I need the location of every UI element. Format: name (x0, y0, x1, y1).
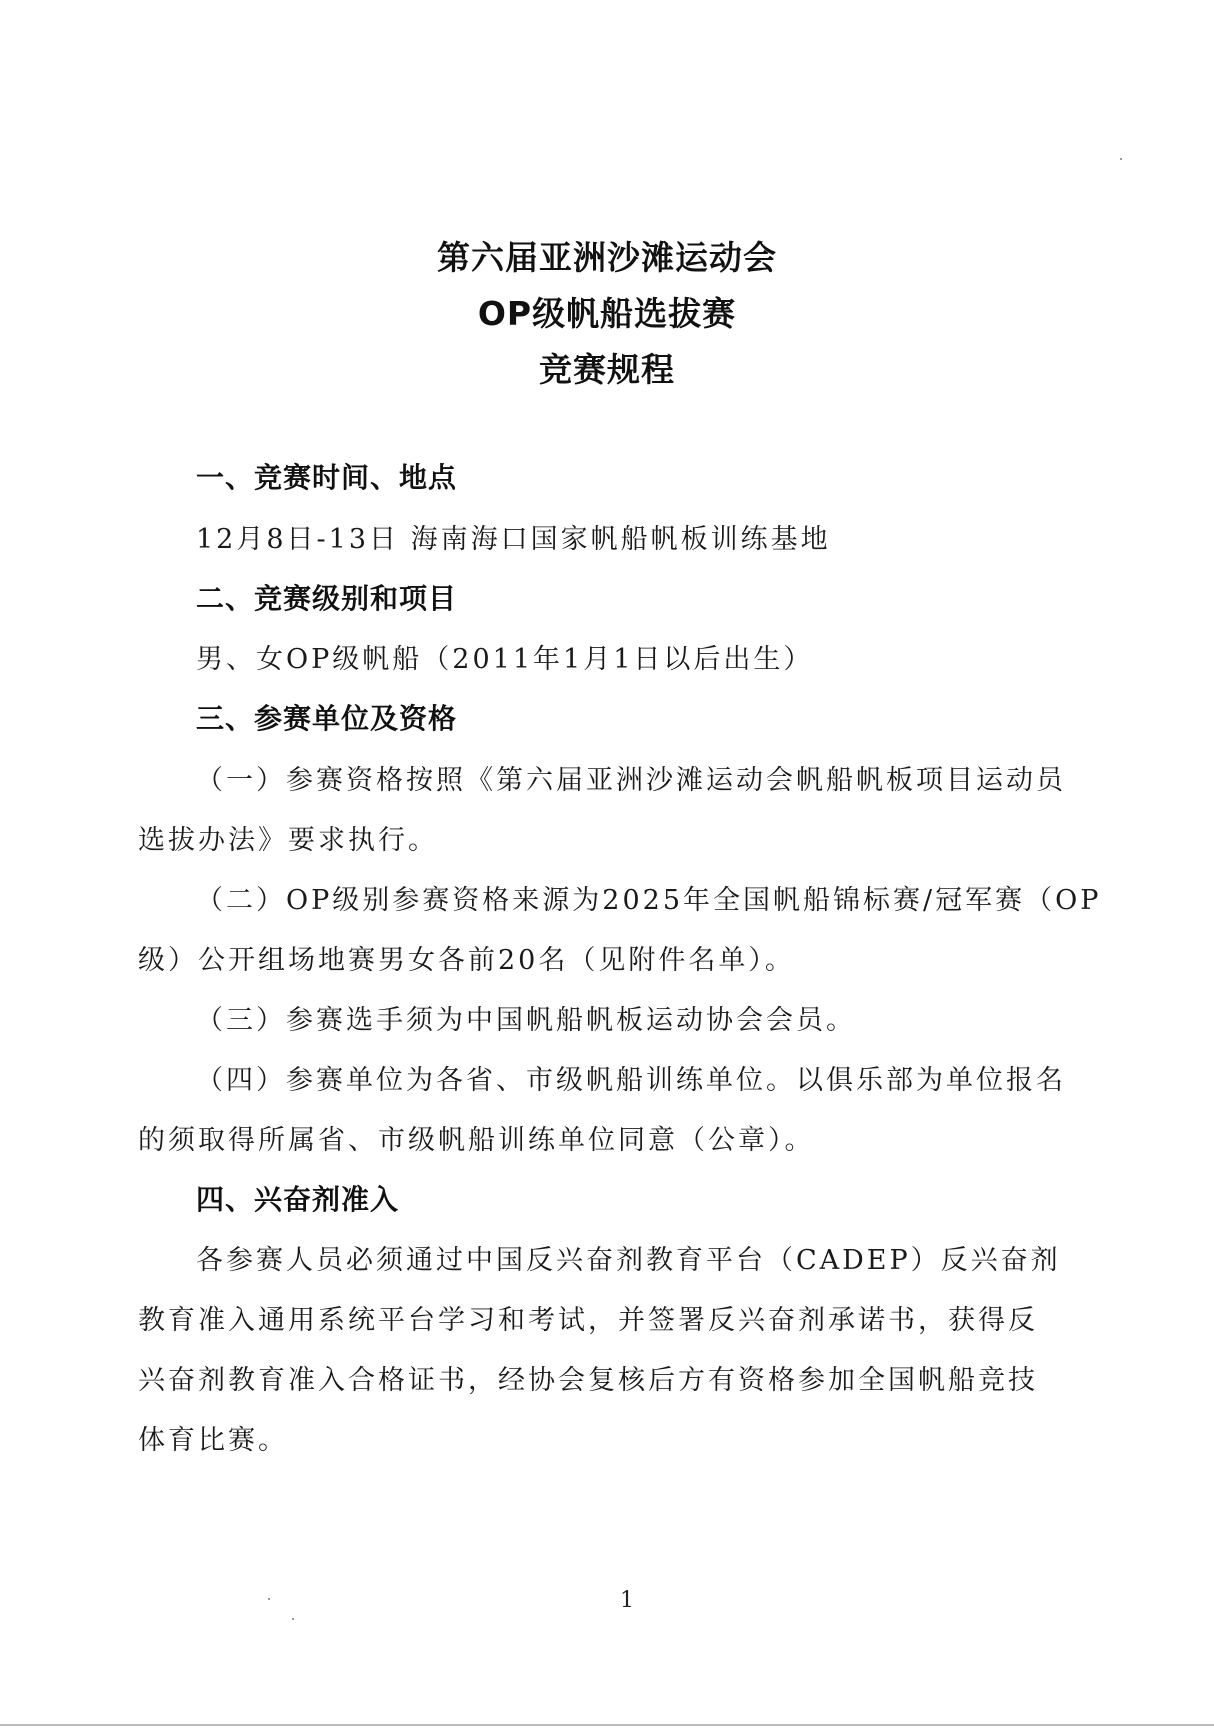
title-line-2: OP级帆船选拔赛 (0, 288, 1214, 335)
title-line-3: 竞赛规程 (0, 344, 1214, 391)
scan-speck (292, 1618, 294, 1620)
section-3-para-4-line-1: （四）参赛单位为各省、市级帆船训练单位。以俱乐部为单位报名 (196, 1058, 1066, 1097)
scan-bottom-edge (0, 1724, 1214, 1726)
section-1-text: 12月8日-13日 海南海口国家帆船帆板训练基地 (196, 517, 831, 556)
section-3-heading: 三、参赛单位及资格 (196, 697, 457, 737)
section-3-para-2-line-2: 级）公开组场地赛男女各前20名（见附件名单）。 (138, 938, 795, 977)
section-4-line-3: 兴奋剂教育准入合格证书，经协会复核后方有资格参加全国帆船竞技 (138, 1358, 1038, 1397)
scan-speck (268, 1598, 270, 1600)
section-4-line-2: 教育准入通用系统平台学习和考试，并签署反兴奋剂承诺书，获得反 (138, 1298, 1038, 1337)
section-2-text: 男、女OP级帆船（2011年1月1日以后出生） (196, 637, 813, 676)
section-1-heading: 一、竞赛时间、地点 (196, 456, 457, 496)
page-number: 1 (620, 1588, 634, 1613)
section-4-line-4: 体育比赛。 (138, 1418, 288, 1457)
section-3-para-2-line-1: （二）OP级别参赛资格来源为2025年全国帆船锦标赛/冠军赛（OP (196, 878, 1101, 917)
section-3-para-1-line-2: 选拔办法》要求执行。 (138, 818, 438, 857)
document-page: 第六届亚洲沙滩运动会 OP级帆船选拔赛 竞赛规程 一、竞赛时间、地点 12月8日… (0, 0, 1214, 1734)
scan-speck (1120, 158, 1122, 160)
section-3-para-4-line-2: 的须取得所属省、市级帆船训练单位同意（公章）。 (138, 1118, 815, 1157)
section-4-line-1: 各参赛人员必须通过中国反兴奋剂教育平台（CADEP）反兴奋剂 (196, 1238, 1061, 1277)
section-4-heading: 四、兴奋剂准入 (196, 1178, 399, 1218)
section-2-heading: 二、竞赛级别和项目 (196, 577, 457, 617)
title-line-1: 第六届亚洲沙滩运动会 (0, 232, 1214, 279)
section-3-para-1-line-1: （一）参赛资格按照《第六届亚洲沙滩运动会帆船帆板项目运动员 (196, 758, 1066, 797)
section-3-para-3: （三）参赛选手须为中国帆船帆板运动协会会员。 (196, 998, 856, 1037)
